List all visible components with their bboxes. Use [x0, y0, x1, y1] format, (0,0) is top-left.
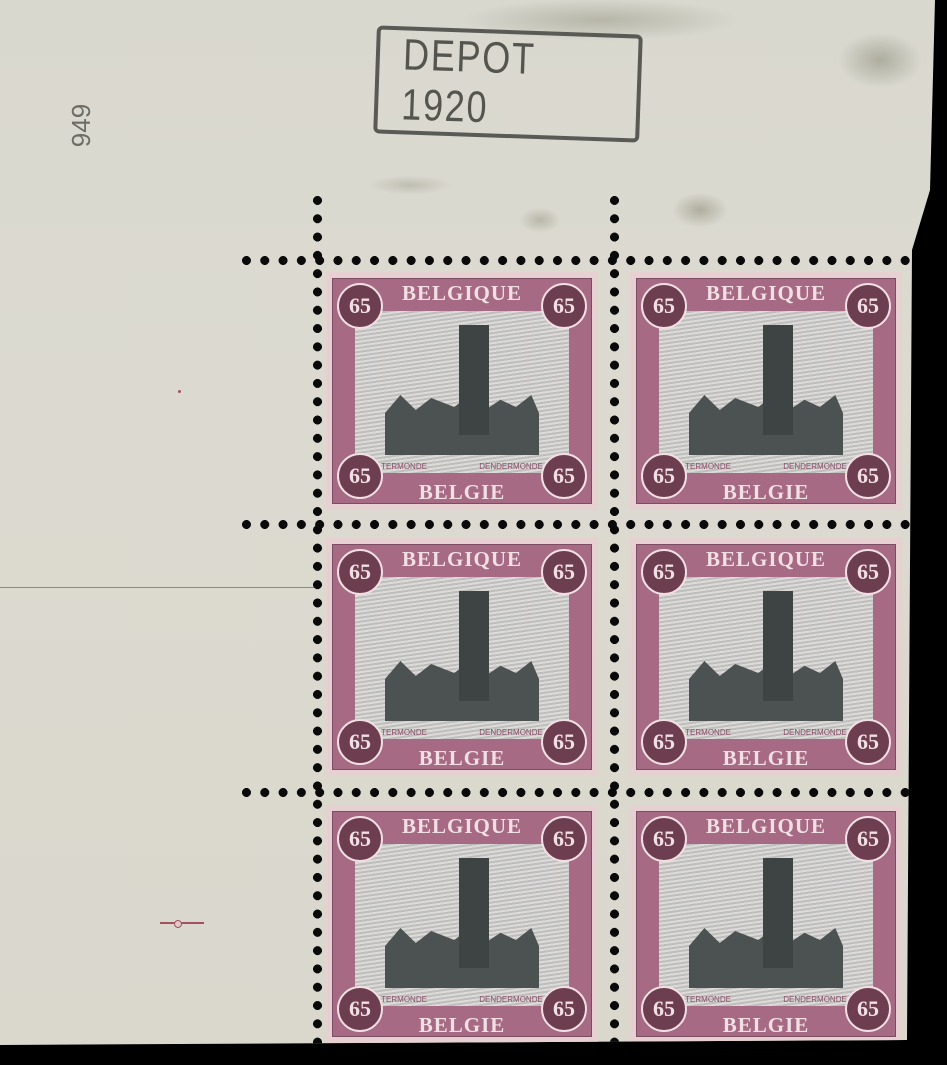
registration-mark — [160, 922, 204, 924]
country-bottom: BELGIE — [695, 746, 837, 771]
town-hall-image — [689, 345, 843, 455]
stamp: BELGIQUE TERMONDEDENDERMONDE BELGIE 65 6… — [326, 538, 598, 776]
value-tr: 65 — [845, 549, 891, 595]
stamp: BELGIQUE TERMONDEDENDERMONDE BELGIE 65 6… — [630, 272, 902, 510]
place-fr: TERMONDE — [685, 995, 731, 1004]
value-tl: 65 — [337, 816, 383, 862]
margin-dot — [178, 390, 181, 393]
town-hall-image — [689, 611, 843, 721]
pencil-note: 949 — [66, 104, 97, 147]
country-bottom: BELGIE — [695, 480, 837, 505]
value-br: 65 — [541, 986, 587, 1032]
country-top: BELGIQUE — [391, 281, 533, 306]
country-bottom: BELGIE — [391, 746, 533, 771]
depot-handstamp-text: DEPOT 1920 — [401, 30, 616, 137]
perforation-row-1 — [242, 520, 912, 529]
value-bl: 65 — [337, 719, 383, 765]
perforation-left — [313, 196, 322, 1046]
value-tr: 65 — [541, 283, 587, 329]
stamp-frame: BELGIQUE TERMONDEDENDERMONDE BELGIE 65 6… — [636, 544, 896, 770]
value-bl: 65 — [641, 986, 687, 1032]
value-tl: 65 — [337, 549, 383, 595]
value-bl: 65 — [641, 719, 687, 765]
value-tl: 65 — [641, 549, 687, 595]
value-br: 65 — [845, 719, 891, 765]
place-fr: TERMONDE — [685, 462, 731, 471]
stamp-frame: BELGIQUE TERMONDEDENDERMONDE BELGIE 65 6… — [636, 278, 896, 504]
country-top: BELGIQUE — [695, 814, 837, 839]
value-tr: 65 — [541, 816, 587, 862]
paper-fold-line — [0, 587, 320, 588]
stamp-sheet: 949 DEPOT 1920 BELGIQUE TERMONDEDENDERMO… — [0, 0, 947, 1065]
country-top: BELGIQUE — [391, 547, 533, 572]
value-br: 65 — [541, 719, 587, 765]
value-bl: 65 — [641, 453, 687, 499]
place-nl: DENDERMONDE — [783, 462, 847, 471]
country-bottom: BELGIE — [391, 1013, 533, 1038]
value-tr: 65 — [845, 816, 891, 862]
stamp-frame: BELGIQUE TERMONDEDENDERMONDE BELGIE 65 6… — [332, 278, 592, 504]
value-br: 65 — [845, 986, 891, 1032]
perforation-row-2 — [242, 788, 912, 797]
stamp: BELGIQUE TERMONDEDENDERMONDE BELGIE 65 6… — [630, 805, 902, 1043]
stamp: BELGIQUE TERMONDEDENDERMONDE BELGIE 65 6… — [630, 538, 902, 776]
place-nl: DENDERMONDE — [479, 995, 543, 1004]
place-nl: DENDERMONDE — [783, 728, 847, 737]
stamp-frame: BELGIQUE TERMONDEDENDERMONDE BELGIE 65 6… — [332, 811, 592, 1037]
country-top: BELGIQUE — [695, 547, 837, 572]
stamp-frame: BELGIQUE TERMONDEDENDERMONDE BELGIE 65 6… — [636, 811, 896, 1037]
place-fr: TERMONDE — [381, 728, 427, 737]
stamp: BELGIQUE TERMONDEDENDERMONDE BELGIE 65 6… — [326, 805, 598, 1043]
stamp-vignette: TERMONDEDENDERMONDE — [659, 844, 873, 1006]
stamp: BELGIQUE TERMONDEDENDERMONDE BELGIE 65 6… — [326, 272, 598, 510]
perforation-top — [242, 256, 912, 265]
value-tl: 65 — [641, 283, 687, 329]
depot-handstamp: DEPOT 1920 — [373, 25, 643, 142]
value-bl: 65 — [337, 453, 383, 499]
place-nl: DENDERMONDE — [479, 462, 543, 471]
stamp-vignette: TERMONDEDENDERMONDE — [355, 577, 569, 739]
stamp-vignette: TERMONDEDENDERMONDE — [355, 311, 569, 473]
value-bl: 65 — [337, 986, 383, 1032]
stamp-vignette: TERMONDEDENDERMONDE — [659, 311, 873, 473]
value-tl: 65 — [337, 283, 383, 329]
town-hall-image — [689, 878, 843, 988]
country-bottom: BELGIE — [391, 480, 533, 505]
value-br: 65 — [541, 453, 587, 499]
stamp-frame: BELGIQUE TERMONDEDENDERMONDE BELGIE 65 6… — [332, 544, 592, 770]
town-hall-image — [385, 611, 539, 721]
place-fr: TERMONDE — [381, 462, 427, 471]
place-nl: DENDERMONDE — [479, 728, 543, 737]
country-top: BELGIQUE — [391, 814, 533, 839]
town-hall-image — [385, 878, 539, 988]
country-bottom: BELGIE — [695, 1013, 837, 1038]
value-br: 65 — [845, 453, 891, 499]
place-fr: TERMONDE — [685, 728, 731, 737]
place-fr: TERMONDE — [381, 995, 427, 1004]
value-tl: 65 — [641, 816, 687, 862]
stamp-vignette: TERMONDEDENDERMONDE — [355, 844, 569, 1006]
place-nl: DENDERMONDE — [783, 995, 847, 1004]
perforation-middle — [610, 196, 619, 1046]
stamp-vignette: TERMONDEDENDERMONDE — [659, 577, 873, 739]
country-top: BELGIQUE — [695, 281, 837, 306]
value-tr: 65 — [541, 549, 587, 595]
town-hall-image — [385, 345, 539, 455]
value-tr: 65 — [845, 283, 891, 329]
